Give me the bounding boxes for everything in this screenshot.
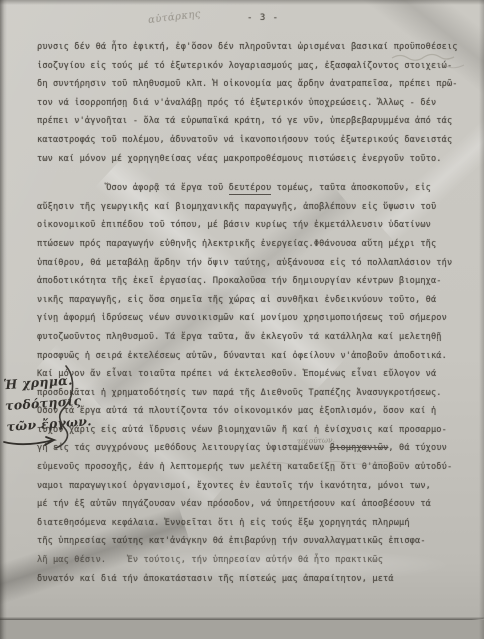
text-segment: νικῆς παραγωγῆς, εἰς ὅσα σημεῖα τῆς χώρα… bbox=[37, 295, 436, 305]
page-number: - 3 - bbox=[247, 13, 279, 23]
text-segment: φυτοζωοῦντος πληθυσμοῦ. Τά ἔργα ταῦτα, ἄ… bbox=[37, 332, 442, 342]
pencil-note-top: αὐτάρκης bbox=[148, 9, 202, 26]
text-segment: ρυνσις δέν θά ἦτο ἐφικτή, ἐφ'ὅσον δέν πλ… bbox=[37, 42, 458, 52]
page-edge-shadow bbox=[0, 0, 484, 5]
text-segment: τον νά ἰσορροπήσῃ διά ν'ἀναλάβῃ πρός τό … bbox=[37, 98, 436, 108]
text-segment: τυχόν χάρις εἰς αὐτά ἵδρυσις νέων βιομηχ… bbox=[37, 425, 447, 435]
text-line: ὑπαίθρου, θά μεταβάλῃ ἄρδην τήν ὄψιν ταύ… bbox=[37, 254, 467, 273]
scanner-background bbox=[0, 620, 484, 639]
margin-note-line: τῶν ἔργων. bbox=[6, 412, 69, 437]
text-segment: τομέως, ταῦτα ἀποσκοποῦν, εἰς bbox=[271, 183, 431, 193]
text-line: γή εἰς τάς συγχρόνους μεθόδους λειτουργί… bbox=[37, 439, 467, 458]
text-line: Καί μόνον ἄν εἶναι τοιαῦτα πρέπει νά ἐκτ… bbox=[37, 365, 467, 384]
text-segment: των καί μόνον μέ χορηγηθείσας νέας μακρο… bbox=[37, 154, 442, 164]
text-segment: Ὅσον τά ἔργα αὐτά τά πλουτίζοντα τόν οἰκ… bbox=[37, 406, 436, 416]
text-segment: Καί μόνον ἄν εἶναι τοιαῦτα πρέπει νά ἐκτ… bbox=[37, 369, 436, 379]
text-segment: προσφυῶς ἡ σειρά ἐκτελέσεως αὐτῶν, δύναν… bbox=[37, 351, 447, 361]
text-line: τυχόν χάρις εἰς αὐτά ἵδρυσις νέων βιομηχ… bbox=[37, 421, 467, 440]
text-segment: ὑπαίθρου, θά μεταβάλῃ ἄρδην τήν ὄψιν ταύ… bbox=[37, 258, 452, 268]
text-segment: γή εἰς τάς συγχρόνους μεθόδους λειτουργί… bbox=[37, 443, 330, 453]
text-line: Ὅσον ἀφορᾷ τά ἔργα τοῦ δευτέρου τομέως, … bbox=[37, 179, 467, 198]
text-line: αὔξησιν τῆς γεωργικῆς καί βιομηχανικῆς π… bbox=[37, 198, 467, 217]
text-line: προσδοκᾶται ἡ χρηματοδότησίς των παρά τῆ… bbox=[37, 384, 467, 403]
text-segment: ἀποδοτικότητα τῆς ἐκεῖ ἐργασίας. Προκαλο… bbox=[37, 276, 442, 286]
page-edge-shadow bbox=[0, 0, 7, 639]
text-line: προσφυῶς ἡ σειρά ἐκτελέσεως αὐτῶν, δύναν… bbox=[37, 347, 467, 366]
text-line: τῆς ὑπηρεσίας ταύτης κατ'ἀνάγκην θά ἐπιβ… bbox=[37, 532, 467, 551]
text-line: νικῆς παραγωγῆς, εἰς ὅσα σημεῖα τῆς χώρα… bbox=[37, 291, 467, 310]
text-line: μέ τήν ἐξ αὐτῶν πηγάζουσαν νέαν πρόσοδον… bbox=[37, 495, 467, 514]
text-segment: εὐμενοῦς προσοχῆς, ἐάν ἡ λεπτομερής των … bbox=[37, 462, 452, 472]
text-line: τον νά ἰσορροπήσῃ διά ν'ἀναλάβῃ πρός τό … bbox=[37, 94, 467, 113]
text-segment: Ὅσον ἀφορᾷ τά ἔργα τοῦ bbox=[37, 183, 229, 193]
text-line: οἰκονομικοῦ ἐπιπέδου τοῦ τόπου, μέ βάσιν… bbox=[37, 216, 467, 235]
text-line: διατεθησόμενα κεφάλαια. Ἐννοεῖται ὅτι ἡ … bbox=[37, 514, 467, 533]
text-segment: πρέπει ν'ἀγνοῆται - ὅλα τά εὐρωπαϊκά κρά… bbox=[37, 116, 452, 126]
text-line: ἀποδοτικότητα τῆς ἐκεῖ ἐργασίας. Προκαλο… bbox=[37, 272, 467, 291]
struck-word: βιομηχανιῶν bbox=[330, 443, 389, 453]
text-line: ρυνσις δέν θά ἦτο ἐφικτή, ἐφ'ὅσον δέν πλ… bbox=[37, 38, 467, 57]
text-segment: τῆς ὑπηρεσίας ταύτης κατ'ἀνάγκην θά ἐπιβ… bbox=[37, 536, 426, 546]
text-line: εὐμενοῦς προσοχῆς, ἐάν ἡ λεπτομερής των … bbox=[37, 458, 467, 477]
paragraph-2: Ὅσον ἀφορᾷ τά ἔργα τοῦ δευτέρου τομέως, … bbox=[37, 179, 467, 588]
text-line: ναμοι παραγωγικοί ὀργανισμοί, ἔχοντες ἐν… bbox=[37, 477, 467, 496]
text-line: δη συντήρησιν τοῦ πληθυσμοῦ κλπ. Ἡ οἰκον… bbox=[37, 75, 467, 94]
scanned-document-page: - 3 - αὐτάρκης ρυνσις δέν θά ἦτο ἐφικτή,… bbox=[0, 0, 484, 639]
text-segment: ἰσοζυγίου εἰς τούς μέ τό ἐξωτερικόν λογα… bbox=[37, 61, 452, 71]
text-line: των καί μόνον μέ χορηγηθείσας νέας μακρο… bbox=[37, 150, 467, 169]
text-segment: δη συντήρησιν τοῦ πληθυσμοῦ κλπ. Ἡ οἰκον… bbox=[37, 79, 458, 89]
text-segment: διατεθησόμενα κεφάλαια. Ἐννοεῖται ὅτι ἡ … bbox=[37, 518, 410, 528]
text-line: φυτοζωοῦντος πληθυσμοῦ. Τά ἔργα ταῦτα, ἄ… bbox=[37, 328, 467, 347]
text-line: δυνατόν καί διά τήν ἀποκατάστασιν τῆς πί… bbox=[37, 570, 467, 589]
text-line: γίνῃ ἀφορμή ἱδρύσεως νέων συνοικισμῶν κα… bbox=[37, 309, 467, 328]
text-segment: γίνῃ ἀφορμή ἱδρύσεως νέων συνοικισμῶν κα… bbox=[37, 313, 447, 323]
page-edge-shadow bbox=[479, 0, 484, 639]
text-line: λῆ μας θέσιν. Ἐν τούτοις, τήν ὑπηρεσίαν … bbox=[37, 551, 467, 570]
text-segment: αὔξησιν τῆς γεωργικῆς καί βιομηχανικῆς π… bbox=[37, 202, 436, 212]
margin-note: Ἡ χρημα. τοδότησις τῶν ἔργων. bbox=[3, 370, 69, 437]
text-segment: δυνατόν καί διά τήν ἀποκατάστασιν τῆς πί… bbox=[37, 574, 394, 584]
underlined-word: δευτέρου bbox=[229, 183, 272, 195]
text-segment: καταστροφάς τοῦ πολέμου, ἀδυνατοῦν νά ἱκ… bbox=[37, 135, 452, 145]
text-segment: προσδοκᾶται ἡ χρηματοδότησίς των παρά τῆ… bbox=[37, 388, 442, 398]
faded-text: λῆ μας θέσιν. Ἐν τούτοις, τήν ὑπηρεσίαν … bbox=[37, 555, 383, 565]
paragraph-1: ρυνσις δέν θά ἦτο ἐφικτή, ἐφ'ὅσον δέν πλ… bbox=[37, 38, 467, 168]
text-line: πτώσεων πρός παραγωγήν εὐθηνῆς ἠλεκτρικῆ… bbox=[37, 235, 467, 254]
text-segment: οἰκονομικοῦ ἐπιπέδου τοῦ τόπου, μέ βάσιν… bbox=[37, 220, 431, 230]
pencil-correction: τοιούτων. bbox=[297, 435, 335, 445]
text-segment: πτώσεων πρός παραγωγήν εὐθηνῆς ἠλεκτρικῆ… bbox=[37, 239, 436, 249]
text-line: Ὅσον τά ἔργα αὐτά τά πλουτίζοντα τόν οἰκ… bbox=[37, 402, 467, 421]
text-segment: ναμοι παραγωγικοί ὀργανισμοί, ἔχοντες ἐν… bbox=[37, 481, 431, 491]
text-segment: , θά τύχουν bbox=[388, 443, 447, 453]
text-line: καταστροφάς τοῦ πολέμου, ἀδυνατοῦν νά ἱκ… bbox=[37, 131, 467, 150]
text-segment: μέ τήν ἐξ αὐτῶν πηγάζουσαν νέαν πρόσοδον… bbox=[37, 499, 431, 509]
text-line: ἰσοζυγίου εἰς τούς μέ τό ἐξωτερικόν λογα… bbox=[37, 57, 467, 76]
typewritten-text: ρυνσις δέν θά ἦτο ἐφικτή, ἐφ'ὅσον δέν πλ… bbox=[37, 38, 467, 588]
text-line: πρέπει ν'ἀγνοῆται - ὅλα τά εὐρωπαϊκά κρά… bbox=[37, 112, 467, 131]
